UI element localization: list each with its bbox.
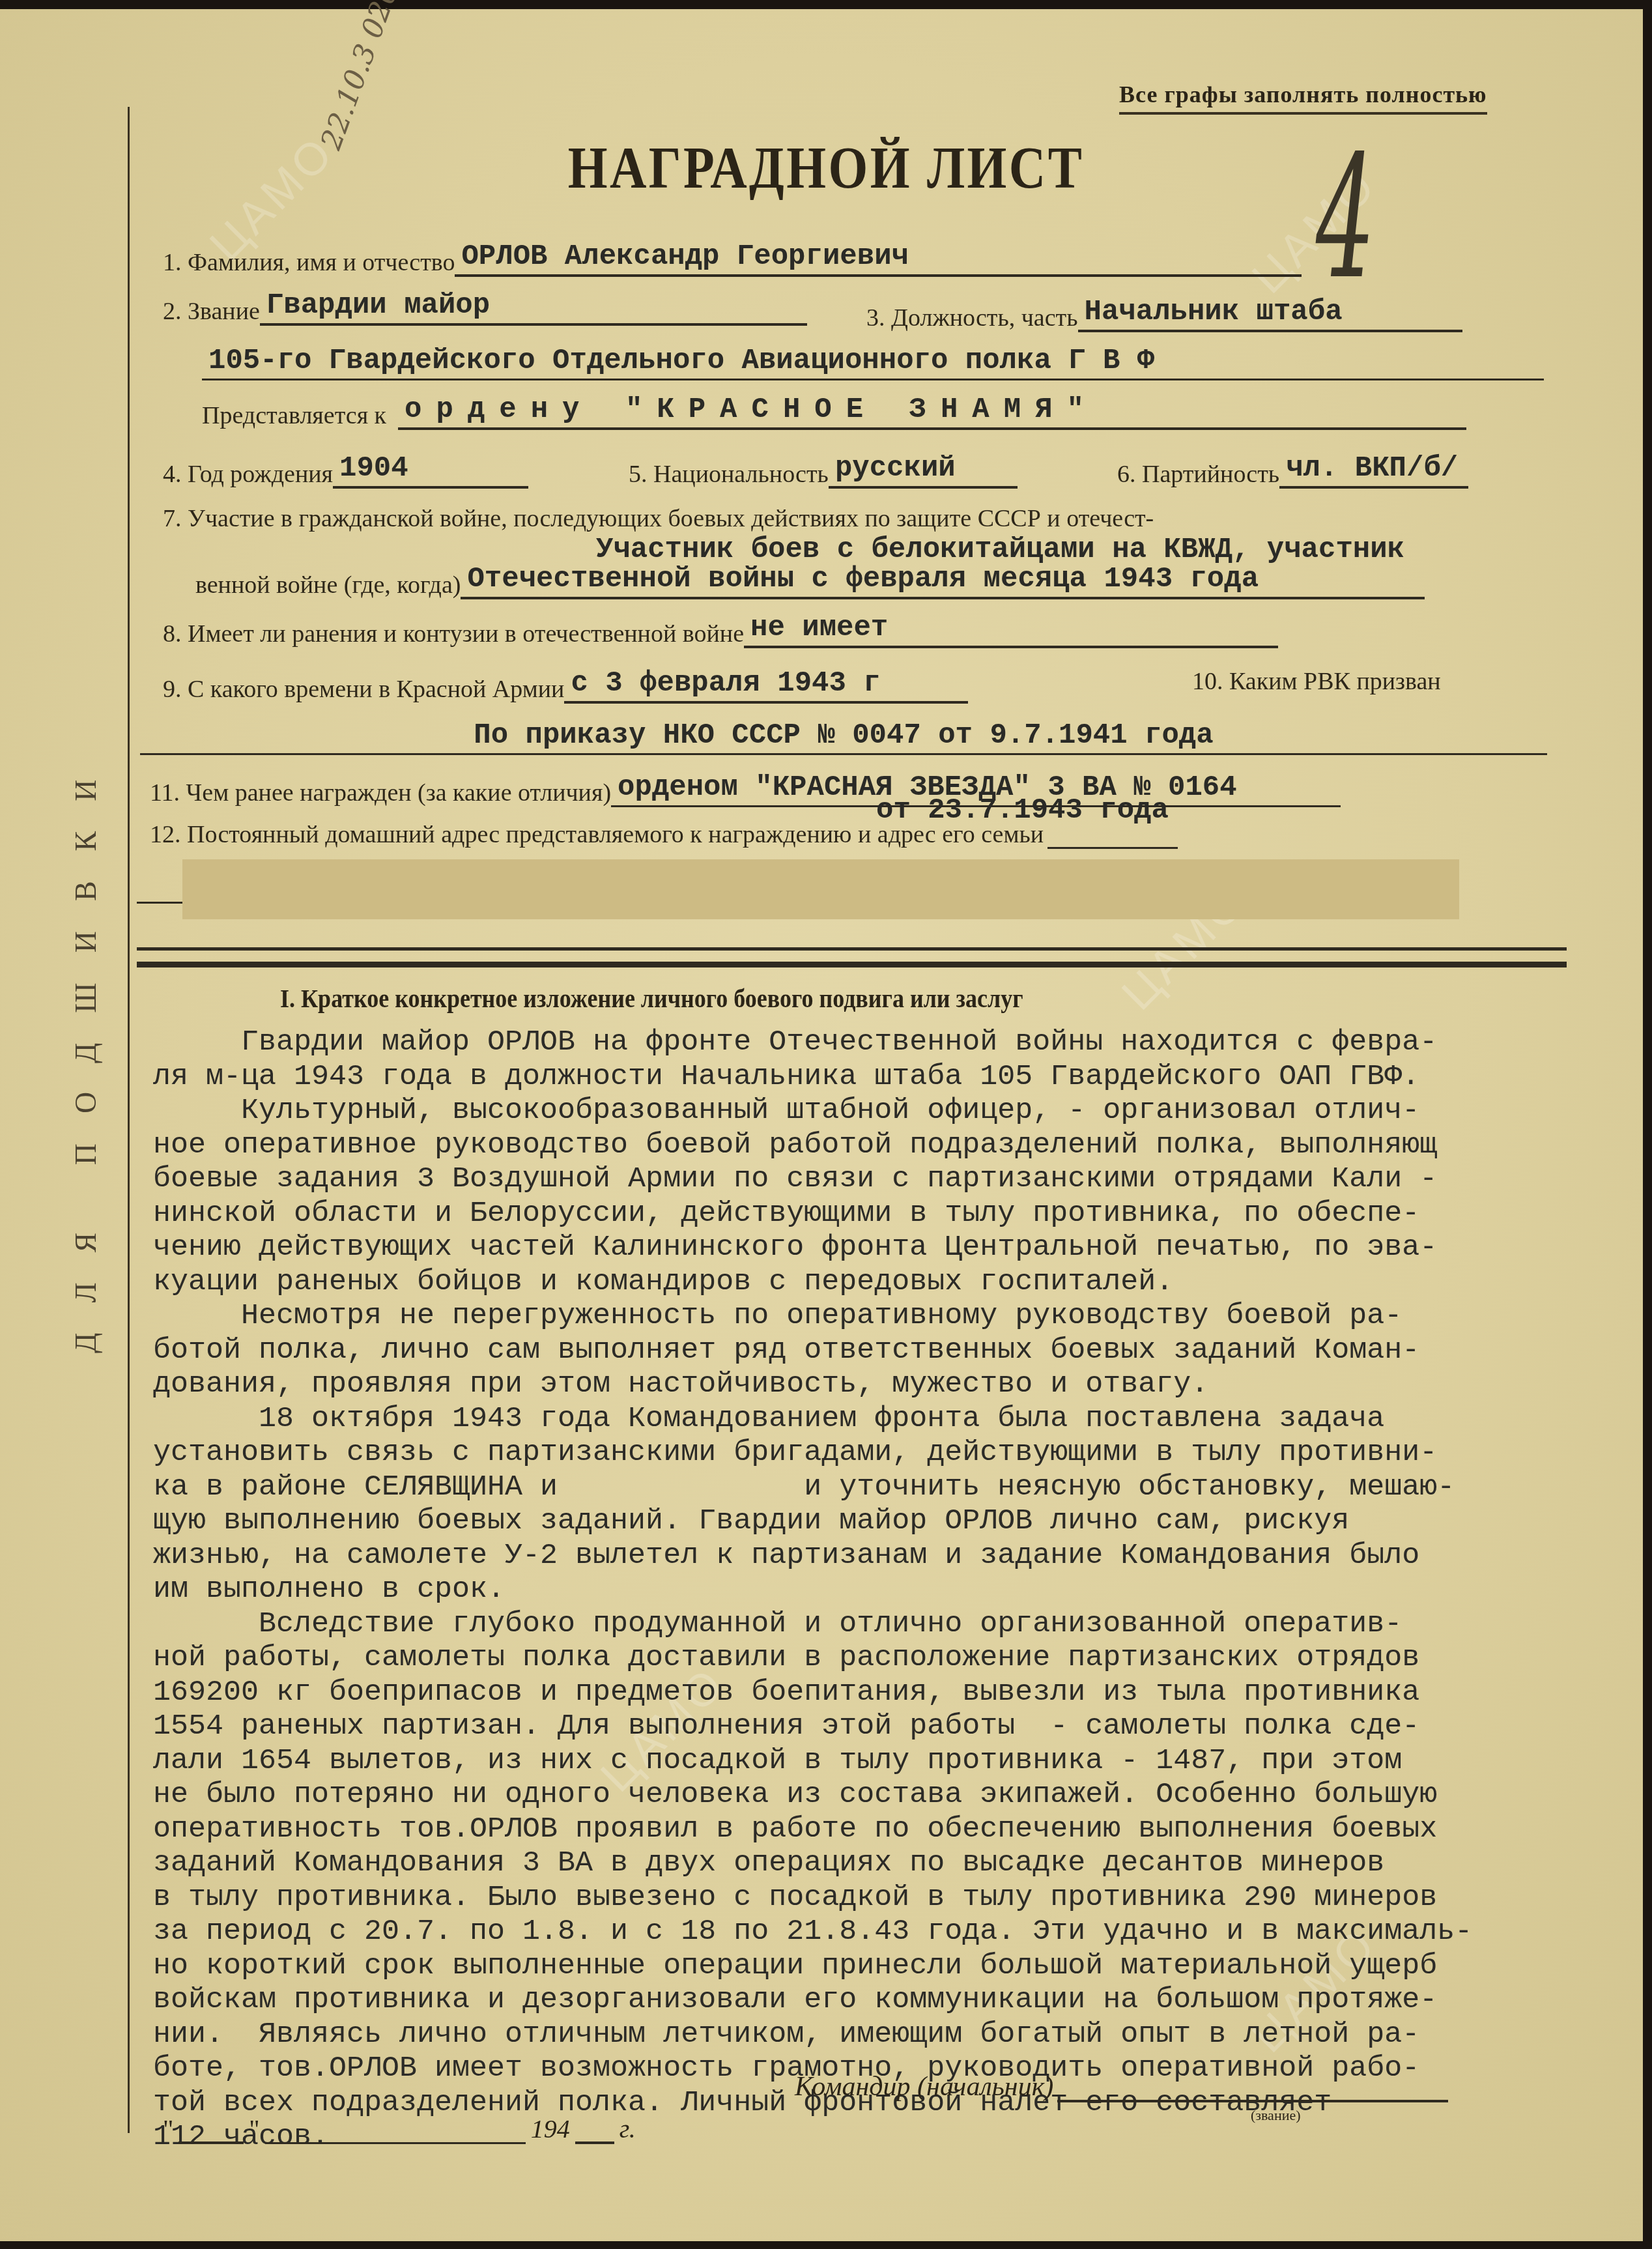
narrative-line: лали 1654 вылетов, из них с посадкой в т… <box>153 1744 1612 1779</box>
narrative-line: боевые задания 3 Воздушной Армии по связ… <box>153 1162 1612 1197</box>
narrative-text: Гвардии майор ОРЛОВ на фронте Отечествен… <box>153 1025 1612 2155</box>
narrative-line: 1554 раненых партизан. Для выполнения эт… <box>153 1710 1612 1744</box>
field-value-service-since: с 3 февраля 1943 г <box>564 667 968 704</box>
signature-line <box>1057 2100 1448 2102</box>
day-blank <box>178 2118 244 2144</box>
binding-margin-label: ДЛЯ ПОДШИВКИ <box>68 726 121 1377</box>
field-label: 9. С какого времени в Красной Армии <box>163 675 564 704</box>
document-title: НАГРАДНОЙ ЛИСТ <box>124 133 1528 202</box>
narrative-line: установить связь с партизанскими бригада… <box>153 1436 1612 1470</box>
field-value-award: ордену "КРАСНОЕ ЗНАМЯ" <box>398 394 1466 430</box>
field-nominated-for: Представляется к ордену "КРАСНОЕ ЗНАМЯ" <box>202 394 1466 430</box>
field-draft-office-label: 10. Каким РВК призван <box>1192 667 1441 696</box>
field-party: 6. Партийность чл. ВКП/б/ <box>1117 452 1468 489</box>
field-value: Отечественной войны с февраля месяца 194… <box>461 563 1425 599</box>
narrative-line: войскам противника и дезорганизовали его… <box>153 1983 1612 2018</box>
field-nationality: 5. Национальность русский <box>629 452 1018 489</box>
signature-caption: (звание) <box>1251 2107 1301 2124</box>
section-divider <box>137 947 1567 951</box>
narrative-line: ной работы, самолеты полка доставили в р… <box>153 1641 1612 1676</box>
field-home-address: 12. Постоянный домашний адрес представля… <box>150 820 1178 849</box>
field-label: 6. Партийность <box>1117 460 1279 489</box>
commander-signature: Командир (начальник) <box>795 2071 1448 2102</box>
year-prefix: 194 <box>531 2113 570 2144</box>
field-value-rank: Гвардии майор <box>260 289 807 326</box>
narrative-line: но короткий срок выполненные операции пр… <box>153 1949 1612 1984</box>
field-label: 1. Фамилия, имя и отчество <box>163 248 455 277</box>
narrative-line: чению действующих частей Калининского фр… <box>153 1231 1612 1265</box>
narrative-line: ля м-ца 1943 года в должности Начальника… <box>153 1060 1612 1095</box>
field-value-draft-office: По приказу НКО СССР № 0047 от 9.7.1941 г… <box>140 719 1547 755</box>
binding-margin-line <box>128 107 130 2133</box>
narrative-line: ное оперативное руководство боевой работ… <box>153 1128 1612 1163</box>
field-label: 4. Год рождения <box>163 460 333 489</box>
handwritten-archive-note: 22.10.3 0269 <box>315 0 411 154</box>
narrative-line: Гвардии майор ОРЛОВ на фронте Отечествен… <box>153 1025 1612 1060</box>
narrative-line: нии. Являясь лично отличным летчиком, им… <box>153 2018 1612 2052</box>
narrative-line: щую выполнению боевых заданий. Гвардии м… <box>153 1504 1612 1539</box>
field-label: 2. Звание <box>163 297 260 326</box>
field-label: 5. Национальность <box>629 460 829 489</box>
field-value-birth-year: 1904 <box>333 452 528 489</box>
narrative-line: жизнью, на самолете У-2 вылетел к партиз… <box>153 1539 1612 1573</box>
narrative-line: Вследствие глубоко продуманной и отлично… <box>153 1607 1612 1642</box>
narrative-line: не было потеряно ни одного человека из с… <box>153 1778 1612 1812</box>
narrative-line: в тылу противника. Было вывезено с посад… <box>153 1881 1612 1915</box>
narrative-line: ботой полка, лично сам выполняет ряд отв… <box>153 1334 1612 1368</box>
field-label: 11. Чем ранее награжден (за какие отличи… <box>150 779 611 807</box>
date-line: " " 194 г. <box>163 2113 636 2144</box>
redacted-address <box>182 859 1459 919</box>
address-line <box>137 902 182 904</box>
quote: " <box>249 2113 259 2144</box>
field-rank: 2. Звание Гвардии майор <box>163 289 807 326</box>
narrative-line: ка в районе СЕЛЯВЩИНА и и уточнить неясн… <box>153 1470 1612 1505</box>
field-label: 3. Должность, часть <box>866 304 1078 332</box>
field-position-continued: 105-го Гвардейского Отдельного Авиационн… <box>202 345 1544 380</box>
field-label: 8. Имеет ли ранения и контузии в отечест… <box>163 620 744 648</box>
signature-label: Командир (начальник) <box>795 2071 1053 2102</box>
field-draft-office: По приказу НКО СССР № 0047 от 9.7.1941 г… <box>140 719 1547 755</box>
field-label: 10. Каким РВК призван <box>1192 667 1441 696</box>
narrative-line: дования, проявляя при этом настойчивость… <box>153 1368 1612 1402</box>
field-value-unit: 105-го Гвардейского Отдельного Авиационн… <box>202 345 1544 380</box>
field-service-since: 9. С какого времени в Красной Армии с 3 … <box>163 667 968 704</box>
quote: " <box>163 2113 173 2144</box>
narrative-line: заданий Командования 3 ВА в двух операци… <box>153 1846 1612 1881</box>
narrative-line: Несмотря не перегруженность по оперативн… <box>153 1299 1612 1334</box>
field-combat-participation-value-2: венной войне (где, когда) Отечественной … <box>195 563 1425 599</box>
narrative-line: за период с 20.7. по 1.8. и с 18 по 21.8… <box>153 1915 1612 1949</box>
field-full-name: 1. Фамилия, имя и отчество ОРЛОВ Алексан… <box>163 240 1302 277</box>
year-suffix: г. <box>619 2113 636 2144</box>
narrative-line: нинской области и Белоруссии, действующи… <box>153 1197 1612 1231</box>
field-value-full-name: ОРЛОВ Александр Георгиевич <box>455 240 1302 277</box>
address-line <box>1047 847 1178 849</box>
narrative-line: 18 октября 1943 года Командованием фронт… <box>153 1402 1612 1437</box>
instruction-note: Все графы заполнять полностью <box>1119 81 1487 115</box>
month-blank <box>265 2119 526 2144</box>
field-label: 12. Постоянный домашний адрес представля… <box>150 820 1044 849</box>
field-label: 7. Участие в гражданской войне, последую… <box>163 504 1154 533</box>
section-divider <box>137 962 1567 967</box>
year-blank <box>575 2118 614 2144</box>
field-combat-participation-label: 7. Участие в гражданской войне, последую… <box>163 504 1154 533</box>
award-sheet-page: ЦАМО ЦАМО ЦАМО ЦАМО ЦАМО ДЛЯ ПОДШИВКИ 22… <box>0 9 1643 2241</box>
field-value-nationality: русский <box>829 452 1018 489</box>
field-value-wounds: не имеет <box>744 612 1278 648</box>
narrative-line: 169200 кг боеприпасов и предметов боепит… <box>153 1676 1612 1710</box>
narrative-line: им выполнено в срок. <box>153 1573 1612 1607</box>
field-wounds: 8. Имеет ли ранения и контузии в отечест… <box>163 612 1278 648</box>
narrative-line: Культурный, высокообразованный штабной о… <box>153 1094 1612 1128</box>
field-value-position: Начальник штаба <box>1078 296 1462 332</box>
field-position: 3. Должность, часть Начальник штаба <box>866 296 1462 332</box>
narrative-line: оперативность тов.ОРЛОВ проявил в работе… <box>153 1812 1612 1847</box>
section-title: I. Краткое конкретное изложение личного … <box>280 983 1023 1014</box>
field-birth-year: 4. Год рождения 1904 <box>163 452 528 489</box>
field-label: Представляется к <box>202 401 386 430</box>
field-label: венной войне (где, когда) <box>195 571 461 599</box>
narrative-line: куации раненых бойцов и командиров с пер… <box>153 1265 1612 1300</box>
field-value-party: чл. ВКП/б/ <box>1279 452 1468 489</box>
